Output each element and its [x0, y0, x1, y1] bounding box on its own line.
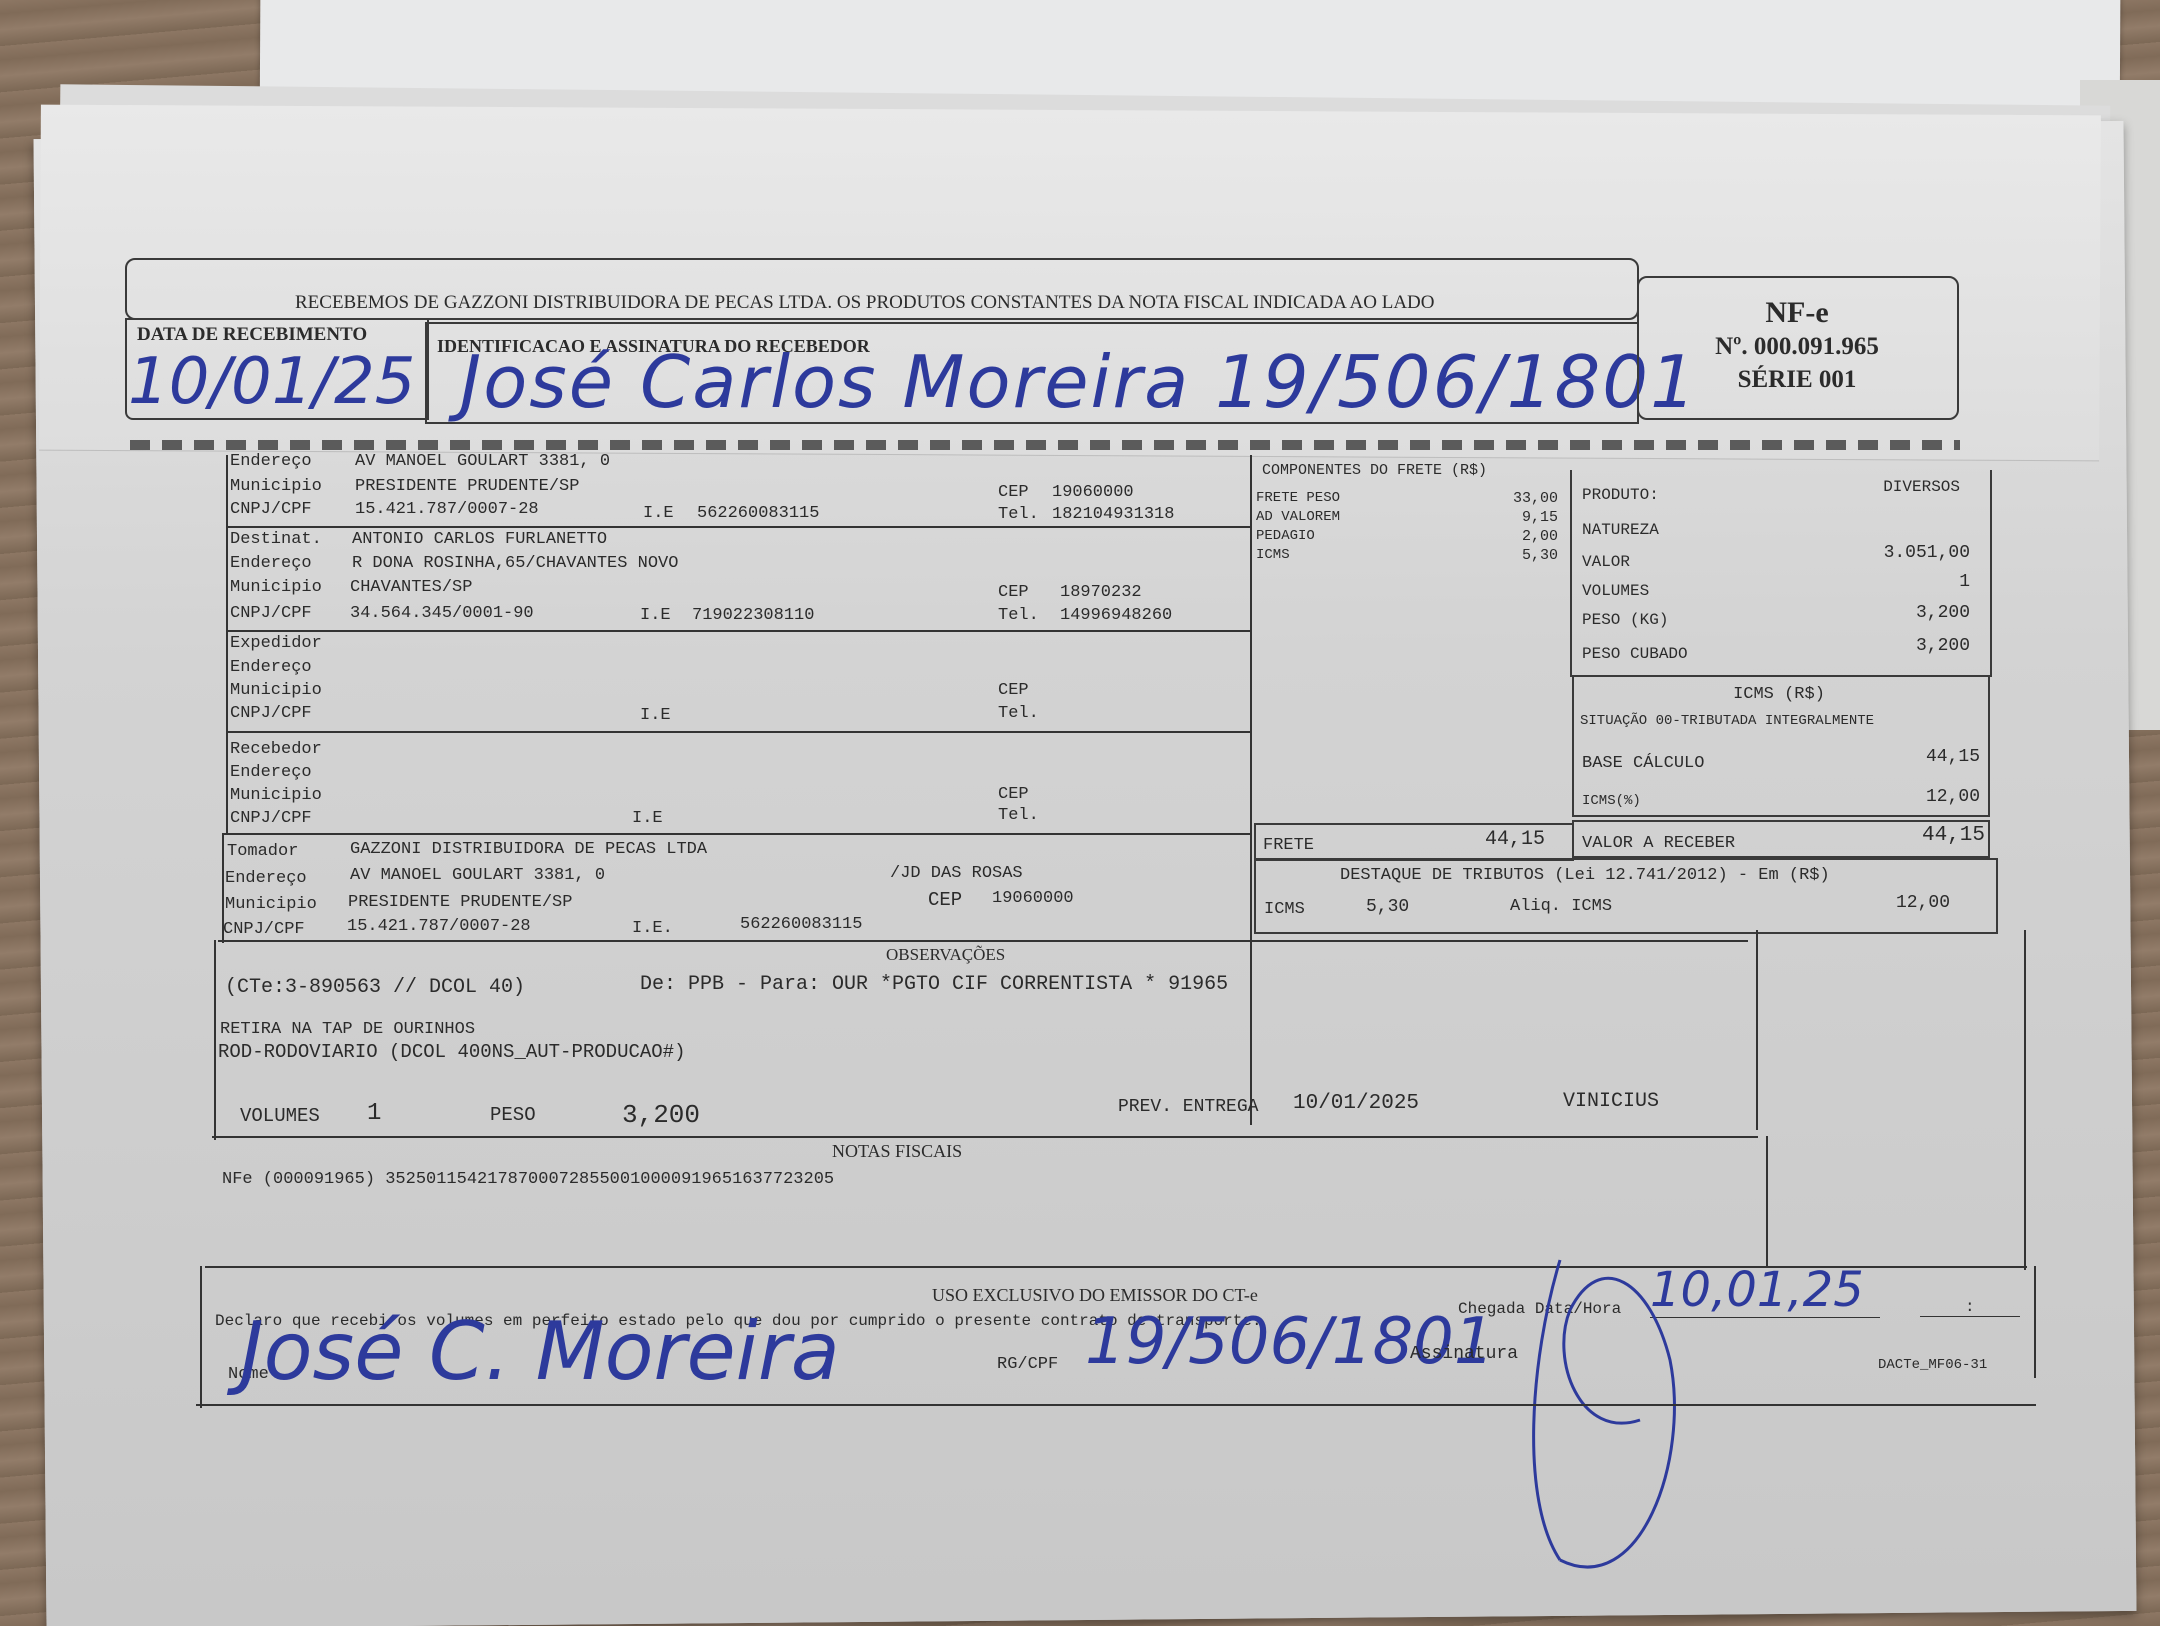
- valor-value: 3.051,00: [1760, 543, 1970, 563]
- destinatario-tel: 14996948260: [1060, 606, 1172, 625]
- tomador-municipio: PRESIDENTE PRUDENTE/SP: [348, 893, 572, 912]
- tomador-nome: GAZZONI DISTRIBUIDORA DE PECAS LTDA: [350, 840, 707, 859]
- receipt-date-label: DATA DE RECEBIMENTO: [137, 324, 367, 346]
- perforation-line: [130, 440, 1960, 450]
- valor-receber-value: 44,15: [1780, 824, 1985, 847]
- remetente-cnpj: 15.421.787/0007-28: [355, 500, 539, 519]
- observacoes-line1-b: De: PPB - Para: OUR *PGTO CIF CORRENTIST…: [640, 973, 1228, 996]
- destinatario-municipio-label: Municipio: [230, 578, 322, 597]
- tomador-endereco: AV MANOEL GOULART 3381, 0: [350, 866, 605, 885]
- remetente-ie-label: I.E: [643, 504, 674, 523]
- expedidor-tel-label: Tel.: [998, 704, 1039, 723]
- componente-frete-label: PEDAGIO: [1256, 528, 1315, 544]
- tomador-cnpj: 15.421.787/0007-28: [347, 917, 531, 936]
- prev-entrega-value: 10/01/2025: [1293, 1092, 1419, 1115]
- observacoes-line2: RETIRA NA TAP DE OURINHOS: [220, 1020, 475, 1039]
- prev-entrega-label: PREV. ENTREGA: [1118, 1097, 1258, 1117]
- nfe-number: Nº. 000.091.965: [1637, 333, 1957, 361]
- recebedor-tel-label: Tel.: [998, 806, 1039, 825]
- receipt-date-handwritten: 10/01/25: [128, 345, 415, 419]
- recebedor-endereco-label: Endereço: [230, 763, 312, 782]
- tributos-title: DESTAQUE DE TRIBUTOS (Lei 12.741/2012) -…: [1340, 866, 1830, 885]
- natureza-label: NATUREZA: [1582, 521, 1659, 539]
- recebedor-municipio-label: Municipio: [230, 786, 322, 805]
- signature-scribble: [1520, 1240, 1700, 1580]
- frete-total-value: 44,15: [1380, 828, 1545, 851]
- obs-volumes-label: VOLUMES: [240, 1105, 320, 1127]
- remetente-municipio: PRESIDENTE PRUDENTE/SP: [355, 477, 579, 496]
- remetente-municipio-label: Municipio: [230, 477, 322, 496]
- obs-volumes-value: 1: [367, 1100, 381, 1127]
- volumes-value: 1: [1760, 572, 1970, 592]
- icms-title: ICMS (R$): [1572, 685, 1986, 704]
- nota-fiscal-item: NFe (000091965) 352501154217870007285500…: [222, 1170, 834, 1189]
- expedidor-label: Expedidor: [230, 634, 322, 653]
- peso-cubado-value: 3,200: [1760, 636, 1970, 656]
- destinatario-ie-label: I.E: [640, 606, 671, 625]
- hora-separator: :: [1965, 1298, 1975, 1316]
- obs-peso-label: PESO: [490, 1104, 536, 1126]
- tomador-cnpj-label: CNPJ/CPF: [223, 920, 305, 939]
- destinatario-cnpj-label: CNPJ/CPF: [230, 604, 312, 623]
- notas-fiscais-title: NOTAS FISCAIS: [832, 1141, 962, 1162]
- icms-base-value: 44,15: [1780, 747, 1980, 767]
- recebedor-cnpj-label: CNPJ/CPF: [230, 809, 312, 828]
- expedidor-endereco-label: Endereço: [230, 658, 312, 677]
- componentes-frete-title: COMPONENTES DO FRETE (R$): [1262, 462, 1487, 479]
- destinatario-cnpj: 34.564.345/0001-90: [350, 604, 534, 623]
- nome-handwritten: José C. Moreira: [240, 1305, 840, 1398]
- peso-kg-value: 3,200: [1760, 603, 1970, 623]
- componente-frete-label: ICMS: [1256, 547, 1290, 563]
- tomador-endereco-label: Endereço: [225, 869, 307, 888]
- tomador-cep-label: CEP: [928, 889, 962, 911]
- rgcpf-handwritten: 19/506/1801: [1085, 1305, 1495, 1379]
- peso-cubado-label: PESO CUBADO: [1582, 645, 1688, 663]
- assinatura-label: Assinatura: [1410, 1344, 1518, 1364]
- tributos-icms-value: 5,30: [1366, 897, 1409, 917]
- tomador-ie-label: I.E.: [632, 919, 673, 938]
- tributos-aliq-value: 12,00: [1780, 893, 1950, 913]
- recebedor-label: Recebedor: [230, 740, 322, 759]
- hora-underline: [1920, 1316, 2020, 1317]
- tributos-aliq-label: Aliq. ICMS: [1510, 897, 1612, 916]
- expedidor-municipio-label: Municipio: [230, 681, 322, 700]
- componente-frete-value: 33,00: [1440, 490, 1558, 507]
- destinatario-municipio: CHAVANTES/SP: [350, 578, 472, 597]
- receipt-signature-handwritten: José Carlos Moreira 19/506/1801: [460, 340, 1698, 424]
- destinatario-ie: 719022308110: [692, 606, 814, 625]
- componente-frete-value: 5,30: [1440, 547, 1558, 564]
- peso-kg-label: PESO (KG): [1582, 611, 1668, 629]
- rgcpf-label: RG/CPF: [997, 1355, 1058, 1374]
- remetente-cnpj-label: CNPJ/CPF: [230, 500, 312, 519]
- tomador-bairro: /JD DAS ROSAS: [890, 864, 1023, 883]
- remetente-ie: 562260083115: [697, 504, 819, 523]
- icms-base-label: BASE CÁLCULO: [1582, 754, 1704, 773]
- destinatario-endereco-label: Endereço: [230, 554, 312, 573]
- tomador-cep: 19060000: [992, 889, 1074, 908]
- remetente-cep: 19060000: [1052, 483, 1134, 502]
- destinatario-label: Destinat.: [230, 530, 322, 549]
- observacoes-line1-a: (CTe:3-890563 // DCOL 40): [225, 976, 525, 999]
- componente-frete-value: 9,15: [1440, 509, 1558, 526]
- valor-receber-label: VALOR A RECEBER: [1582, 834, 1735, 853]
- tomador-label: Tomador: [227, 842, 298, 861]
- remetente-endereco-label: Endereço: [230, 452, 312, 471]
- frete-total-label: FRETE: [1263, 836, 1314, 855]
- recebedor-cep-label: CEP: [998, 785, 1029, 804]
- componente-frete-label: AD VALOREM: [1256, 509, 1340, 525]
- expedidor-cnpj-label: CNPJ/CPF: [230, 704, 312, 723]
- icms-situacao: SITUAÇÃO 00-TRIBUTADA INTEGRALMENTE: [1580, 713, 1874, 729]
- receipt-header-text: RECEBEMOS DE GAZZONI DISTRIBUIDORA DE PE…: [295, 292, 1435, 314]
- expedidor-cep-label: CEP: [998, 681, 1029, 700]
- produto-label: PRODUTO:: [1582, 486, 1659, 504]
- remetente-tel: 182104931318: [1052, 505, 1174, 524]
- tomador-ie: 562260083115: [740, 915, 862, 934]
- recebedor-ie-label: I.E: [632, 809, 663, 828]
- componente-frete-label: FRETE PESO: [1256, 490, 1340, 506]
- destinatario-endereco: R DONA ROSINHA,65/CHAVANTES NOVO: [352, 554, 678, 573]
- atendente-name: VINICIUS: [1563, 1090, 1659, 1113]
- produto-value: DIVERSOS: [1760, 478, 1960, 496]
- tributos-icms-label: ICMS: [1264, 900, 1305, 919]
- tomador-municipio-label: Municipio: [225, 895, 317, 914]
- componente-frete-value: 2,00: [1440, 528, 1558, 545]
- remetente-endereco: AV MANOEL GOULART 3381, 0: [355, 452, 610, 471]
- icms-aliquota-label: ICMS(%): [1582, 793, 1641, 809]
- destinatario-cep-label: CEP: [998, 583, 1029, 602]
- destinatario-tel-label: Tel.: [998, 606, 1039, 625]
- valor-label: VALOR: [1582, 553, 1630, 571]
- observacoes-line3: ROD-RODOVIARIO (DCOL 400NS_AUT-PRODUCAO#…: [218, 1041, 685, 1063]
- nfe-series: SÉRIE 001: [1637, 366, 1957, 394]
- destinatario-cep: 18970232: [1060, 583, 1142, 602]
- uso-exclusivo-title: USO EXCLUSIVO DO EMISSOR DO CT-e: [932, 1285, 1258, 1306]
- nfe-title: NF-e: [1637, 296, 1957, 330]
- form-code: DACTe_MF06-31: [1878, 1357, 1987, 1373]
- destinatario-nome: ANTONIO CARLOS FURLANETTO: [352, 530, 607, 549]
- remetente-tel-label: Tel.: [998, 505, 1039, 524]
- volumes-label: VOLUMES: [1582, 582, 1649, 600]
- remetente-cep-label: CEP: [998, 483, 1029, 502]
- observacoes-title: OBSERVAÇÕES: [886, 945, 1005, 965]
- expedidor-ie-label: I.E: [640, 706, 671, 725]
- obs-peso-value: 3,200: [622, 1100, 700, 1130]
- icms-aliquota-value: 12,00: [1780, 787, 1980, 807]
